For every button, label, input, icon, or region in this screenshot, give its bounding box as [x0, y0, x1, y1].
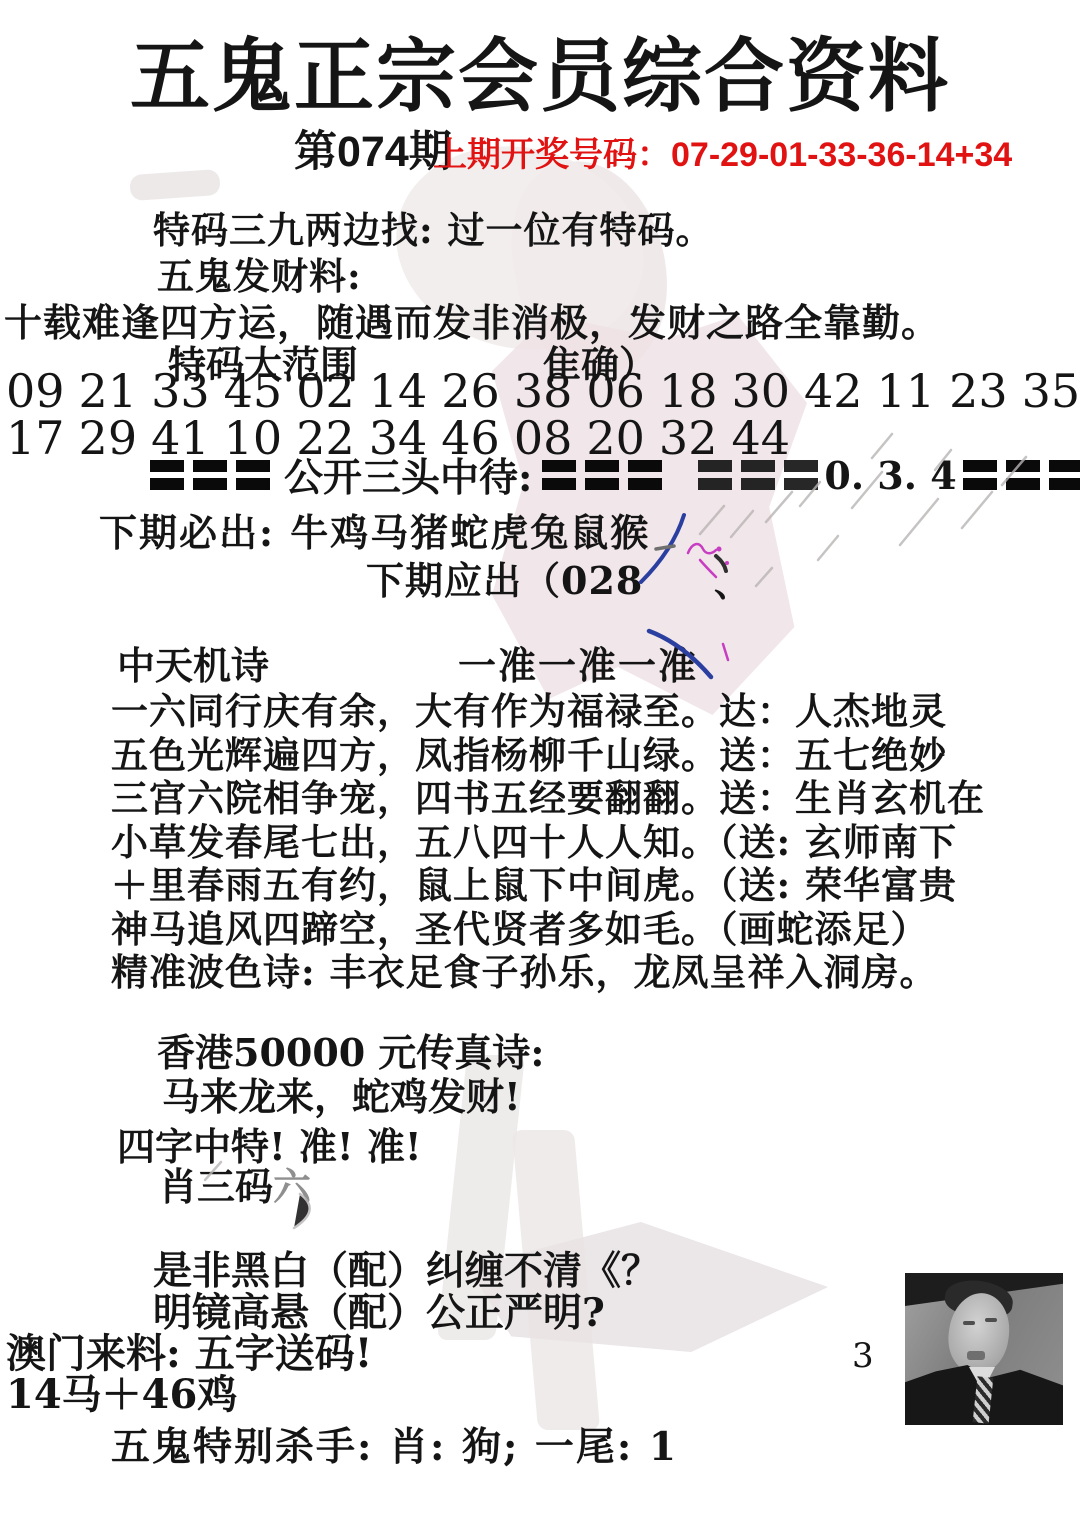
- number-cell: 17: [6, 411, 65, 465]
- number-cell: 14: [369, 364, 428, 418]
- poem-line: ＋里春雨五有约，鼠上鼠下中间虎。（送: 荣华富贵: [111, 855, 985, 899]
- next-issue-should-tail: 、: [714, 556, 750, 607]
- number-cell: 02: [296, 364, 355, 418]
- number-cell: 21: [79, 364, 138, 418]
- last-draw-numbers: 上期开奖号码：07-29-01-33-36-14+34: [433, 127, 1012, 176]
- watermark-smudge: [129, 169, 221, 201]
- zodiac-codes-faded: 六: [273, 1164, 311, 1209]
- number-cell: 26: [441, 364, 500, 418]
- poem-line: 五色光辉遍四方，凤指杨柳千山绿。送：五七绝妙: [111, 725, 985, 769]
- trigram-bars: [150, 460, 270, 490]
- next-issue-should-line: 下期应出（028: [366, 550, 643, 605]
- portrait-photo: [905, 1273, 1063, 1425]
- number-cell: 29: [79, 411, 138, 465]
- poem-line: 三宫六院相争宠，四书五经要翻翻。送：生肖玄机在: [111, 768, 985, 812]
- number-cell: 38: [514, 364, 573, 418]
- number-row-1: 0921334502142638061830421123354705: [6, 364, 1080, 418]
- number-cell: 11: [877, 364, 936, 418]
- three-heads-row: 公开三头中待: 0. 3. 4: [150, 452, 1080, 498]
- number-cell: 09: [6, 364, 65, 418]
- page-number: 3: [852, 1336, 874, 1376]
- number-cell: 18: [659, 364, 718, 418]
- photo-mouth: [967, 1351, 985, 1360]
- poem-line: 神马追风四蹄空，圣代贤者多如毛。（画蛇添足）: [111, 899, 985, 943]
- number-cell: 23: [949, 364, 1008, 418]
- page-title: 五鬼正宗会员综合资料: [0, 12, 1080, 127]
- number-cell: 45: [224, 364, 283, 418]
- poem-line: 小草发春尾七出，五八四十人人知。（送: 玄师南下: [111, 812, 985, 856]
- number-cell: 35: [1022, 364, 1080, 418]
- number-cell: 06: [586, 364, 645, 418]
- next-issue-must-line: 下期必出: 牛鸡马猪蛇虎兔鼠猴: [99, 502, 650, 557]
- lottery-tip-sheet: 五鬼正宗会员综合资料 第074期 上期开奖号码：07-29-01-33-36-1…: [0, 0, 1080, 1527]
- poem-line: 一六同行庆有余，大有作为福禄至。达：人杰地灵: [111, 681, 985, 725]
- photo-eye: [963, 1321, 975, 1325]
- number-cell: 30: [731, 364, 790, 418]
- tip-line-fortune-verse: 十载难逢四方运，随遇而发非消极，发财之路全靠勤。: [4, 292, 940, 347]
- fax-poem-verse: 马来龙来，蛇鸡发财!: [162, 1066, 521, 1121]
- zodiac-codes-main: 肖三码: [159, 1164, 273, 1209]
- trigram-bars: [698, 460, 818, 490]
- three-heads-label: 公开三头中待:: [284, 447, 532, 503]
- special-killer-line: 五鬼特别杀手: 肖: 狗; 一尾: 1: [111, 1416, 678, 1472]
- trigram-bars: [542, 460, 662, 490]
- fax-poem-zodiac-codes: 肖三码六: [159, 1156, 311, 1211]
- poem-line: 精准波色诗: 丰衣足食子孙乐，龙凤呈祥入洞房。: [111, 942, 985, 986]
- photo-eye: [985, 1318, 997, 1322]
- number-cell: 33: [151, 364, 210, 418]
- sky-poem-lines: 一六同行庆有余，大有作为福禄至。达：人杰地灵五色光辉遍四方，凤指杨柳千山绿。送：…: [111, 681, 985, 986]
- macau-codes-line: 14马＋46鸡: [6, 1363, 237, 1420]
- issue-number: 第074期: [294, 118, 452, 179]
- three-heads-value: 0. 3. 4: [824, 453, 956, 498]
- trigram-bars: [963, 460, 1080, 490]
- number-cell: 42: [804, 364, 863, 418]
